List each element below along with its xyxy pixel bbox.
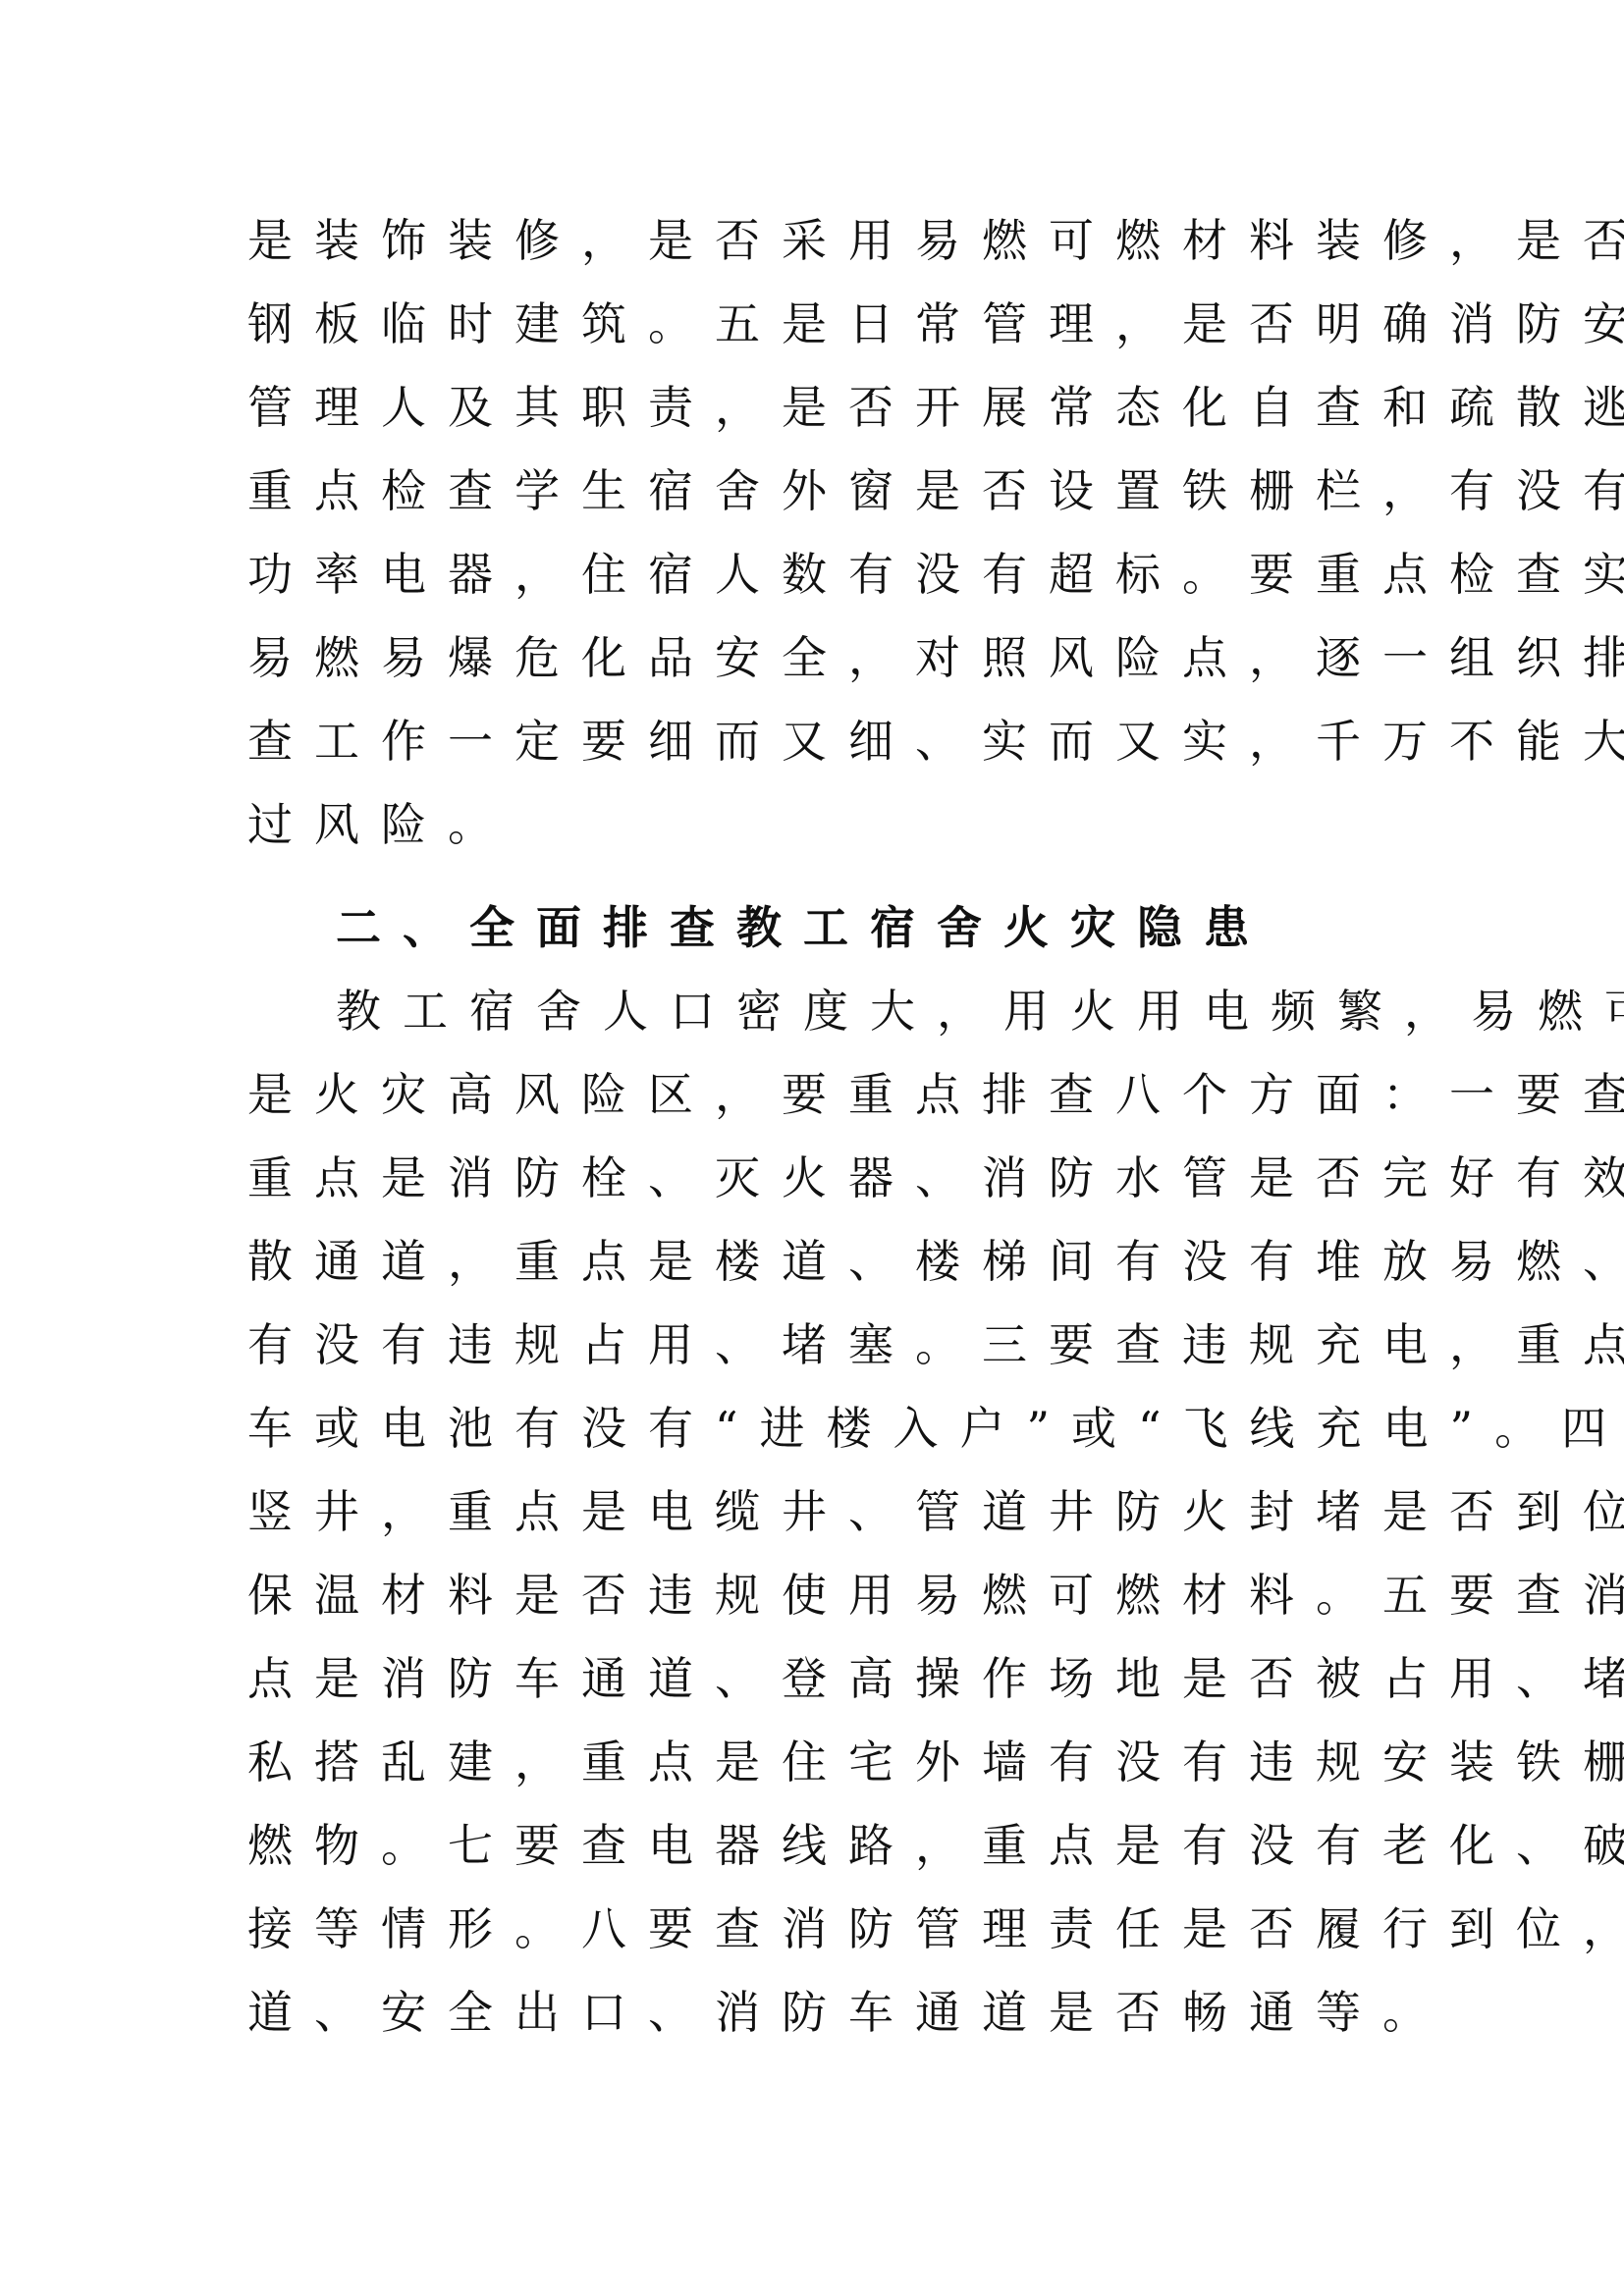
- body-text-line: 重点是消防栓、灭火器、消防水管是否完好有效。二要查疏: [247, 1144, 1386, 1212]
- body-text-line: 接等情形。八要查消防管理责任是否履行到位，公共疏散通: [247, 1895, 1386, 1963]
- body-text-line: 功率电器，住宿人数有没有超标。要重点检查实验室安全和: [247, 540, 1386, 609]
- body-text-line: 竖井，重点是电缆井、管道井防火封堵是否到位，以及外墙: [247, 1477, 1386, 1546]
- body-text-line: 是装饰装修，是否采用易燃可燃材料装修，是否违章搭建彩: [247, 206, 1386, 275]
- body-text-line: 查工作一定要细而又细、实而又实，千万不能大而化之、漏: [247, 707, 1386, 775]
- body-text-line: 燃物。七要查电器线路，重点是有没有老化、破损或私拉乱: [247, 1811, 1386, 1880]
- document-page: 是装饰装修，是否采用易燃可燃材料装修，是否违章搭建彩 钢板临时建筑。五是日常管理…: [0, 0, 1624, 2296]
- body-text-line: 重点检查学生宿舍外窗是否设置铁栅栏，有没有违规使用大: [247, 456, 1386, 525]
- body-text-line: 管理人及其职责，是否开展常态化自查和疏散逃生演练。要: [247, 373, 1386, 442]
- body-text-line: 道、安全出口、消防车通道是否畅通等。: [247, 1978, 1386, 2047]
- body-text-line: 保温材料是否违规使用易燃可燃材料。五要查消防通道，重: [247, 1561, 1386, 1629]
- body-text-line: 车或电池有没有“进楼入户”或“飞线充电”。四要查管道: [247, 1394, 1386, 1463]
- body-text-line: 点是消防车通道、登高操作场地是否被占用、堵塞。六要查: [247, 1644, 1386, 1713]
- body-text-line: 私搭乱建，重点是住宅外墙有没有违规安装铁栅栏、堆放可: [247, 1728, 1386, 1796]
- body-text-line: 有没有违规占用、堵塞。三要查违规充电，重点是电动自行: [247, 1310, 1386, 1379]
- body-text-line: 过风险。: [247, 790, 1386, 859]
- section-heading: 二、全面排查教工宿舍火灾隐患: [336, 893, 1475, 962]
- paragraph-first-line: 教工宿舍人口密度大，用火用电频繁，易燃可燃物集中，: [336, 977, 1475, 1045]
- body-text-line: 是火灾高风险区，要重点排查八个方面：一要查消防设施，: [247, 1060, 1386, 1129]
- body-text-line: 钢板临时建筑。五是日常管理，是否明确消防安全责任人、: [247, 290, 1386, 358]
- body-text-line: 散通道，重点是楼道、楼梯间有没有堆放易燃、可燃物品，: [247, 1227, 1386, 1296]
- body-text-line: 易燃易爆危化品安全，对照风险点，逐一组织排查到位。排: [247, 623, 1386, 692]
